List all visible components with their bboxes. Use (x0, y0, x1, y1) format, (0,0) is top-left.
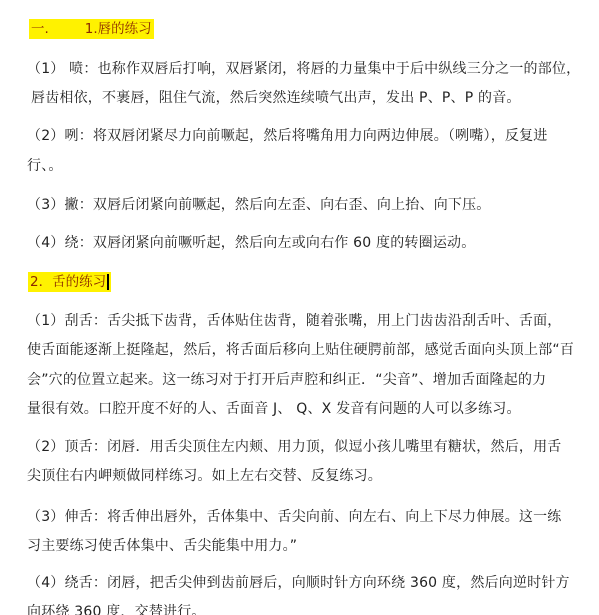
paragraph-line: 习主要练习使舌体集中、舌尖能集中用力。” (27, 536, 297, 556)
paragraph-line: （1） 喷：也称作双唇后打响，双唇紧闭，将唇的力量集中于后中纵线三分之一的部位， (27, 59, 580, 79)
section-1-heading: 一.1.唇的练习 (29, 19, 154, 39)
text-cursor (107, 274, 109, 290)
paragraph-line: 向环绕 360 度，交替进行。 (27, 602, 206, 615)
heading-title: 2．舌的练习 (30, 274, 106, 290)
paragraph-line: （4）绕舌：闭唇，把舌尖伸到齿前唇后，向顺时针方向环绕 360 度，然后向逆时针… (27, 573, 570, 593)
paragraph-line: 量很有效。口腔开度不好的人、舌面音 J、 Q、X 发音有问题的人可以多练习。 (27, 399, 521, 419)
paragraph-line: 唇齿相依，不裹唇，阻住气流，然后突然连续喷气出声，发出 P、P、P 的音。 (31, 88, 521, 108)
paragraph-line: （4）绕：双唇闭紧向前噘听起，然后向左或向右作 60 度的转圈运动。 (27, 233, 475, 253)
paragraph-line: （2）咧：将双唇闭紧尽力向前噘起，然后将嘴角用力向两边伸展。（咧嘴），反复进 (27, 126, 548, 146)
paragraph-line: （3）撇：双唇后闭紧向前噘起，然后向左歪、向右歪、向上抬、向下压。 (27, 195, 491, 215)
paragraph-line: （1）刮舌：舌尖抵下齿背，舌体贴住齿背，随着张嘴，用上门齿齿沿刮舌叶、舌面， (27, 311, 562, 331)
section-2-heading: 2．舌的练习 (28, 272, 111, 292)
paragraph-line: （2）顶舌：闭唇．用舌尖顶住左内颊、用力顶，似逗小孩儿嘴里有糖状，然后，用舌 (27, 437, 562, 457)
paragraph-line: 会”穴的位置立起来。这一练习对于打开后声腔和纠正．“尖音”、增加舌面隆起的力 (27, 370, 546, 390)
paragraph-line: 使舌面能逐渐上挺隆起，然后，将舌面后移向上贴住硬腭前部，感觉舌面向头顶上部“百 (27, 340, 574, 360)
document-page: 一.1.唇的练习 （1） 喷：也称作双唇后打响，双唇紧闭，将唇的力量集中于后中纵… (0, 0, 599, 615)
heading-prefix: 一. (31, 21, 49, 37)
heading-title: 1.唇的练习 (85, 21, 152, 37)
paragraph-line: 行、。 (27, 156, 63, 176)
paragraph-line: 尖顶住右内岬颊做同样练习。如上左右交替、反复练习。 (27, 466, 382, 486)
paragraph-line: （3）伸舌：将舌伸出唇外，舌体集中、舌尖向前、向左右、向上下尽力伸展。这一练 (27, 507, 562, 527)
